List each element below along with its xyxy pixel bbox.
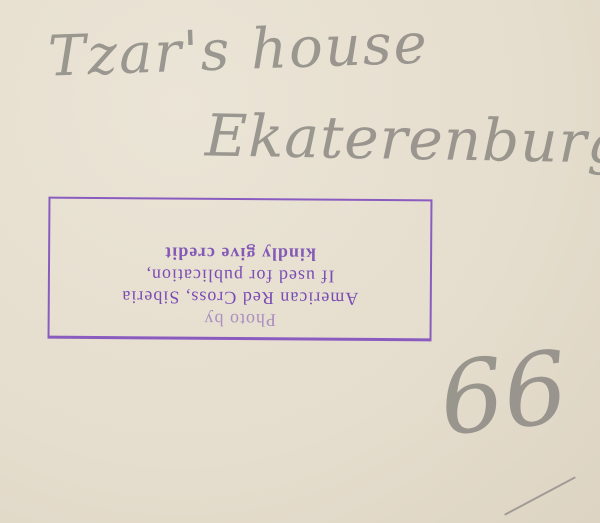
pencil-mark <box>504 476 576 515</box>
stamp-line-organization: American Red Cross, Siberia <box>50 286 430 311</box>
stamp-line-publication: If used for publication, <box>50 264 430 289</box>
stamp-line-credit: kindly give credit <box>50 242 430 267</box>
handwritten-caption-title: Tzar's house <box>47 11 430 89</box>
photo-credit-stamp: Photo by American Red Cross, Siberia If … <box>48 197 433 342</box>
handwritten-number: 66 <box>434 329 573 459</box>
stamp-line-photo-by: Photo by <box>50 308 430 333</box>
handwritten-caption-location: Ekaterenburg <box>204 101 600 176</box>
